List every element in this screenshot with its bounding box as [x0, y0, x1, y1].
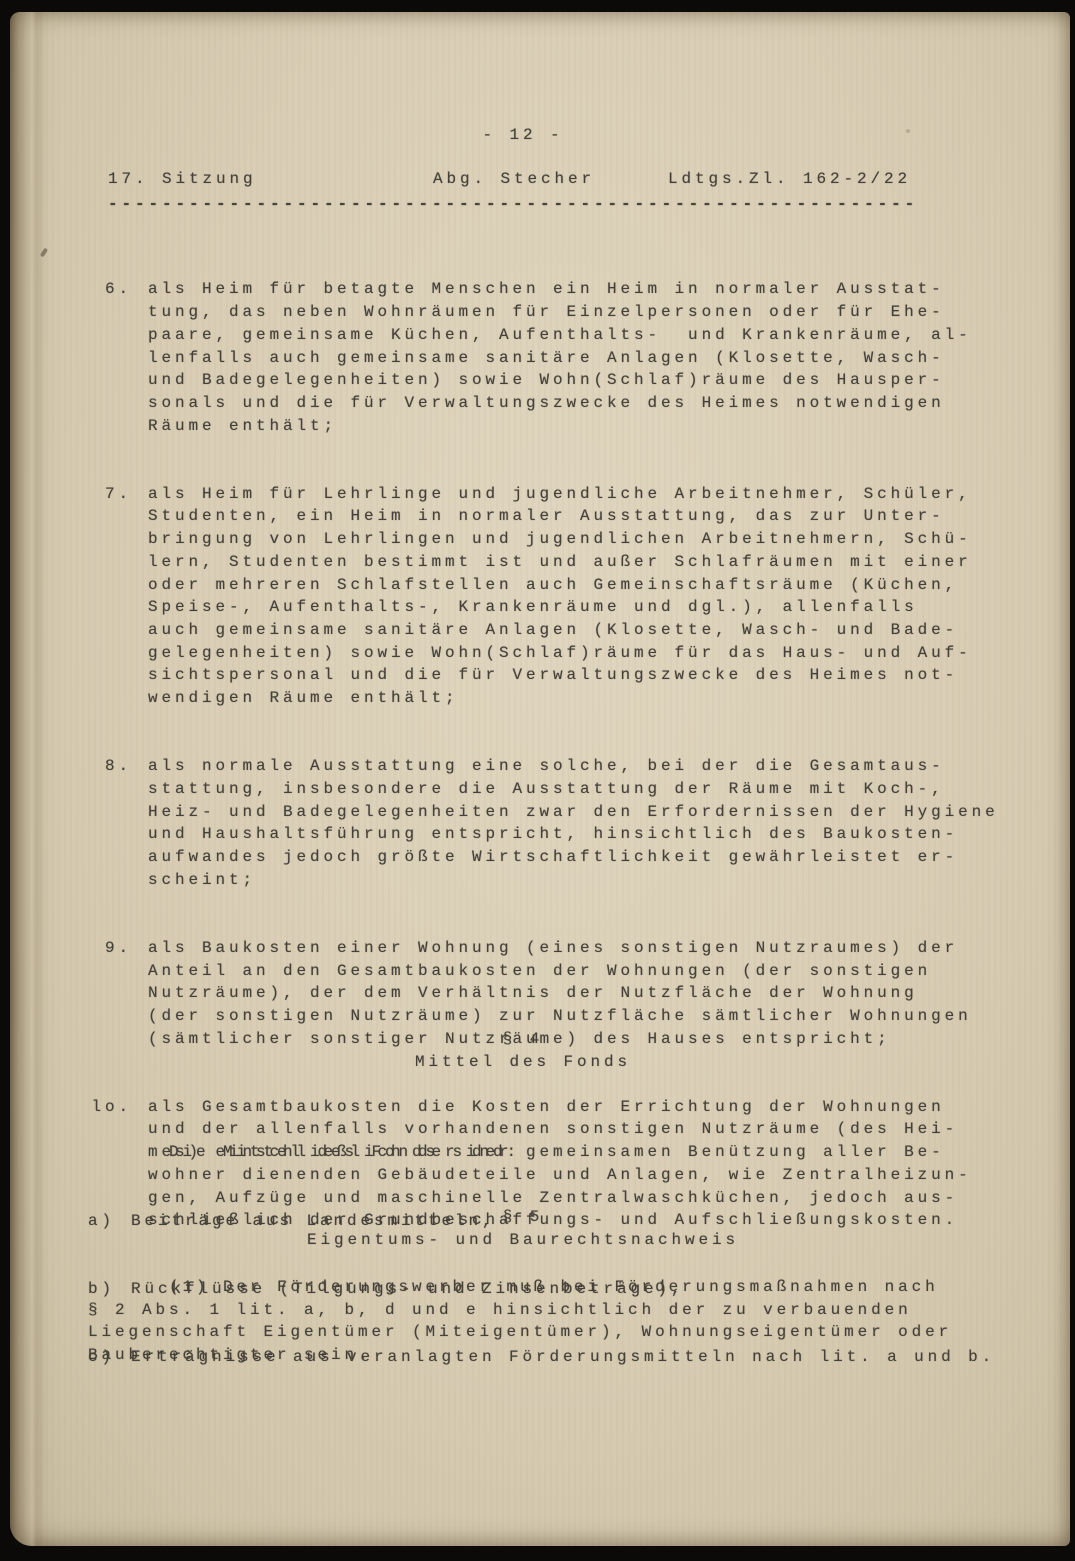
item-number: 6.: [88, 278, 132, 437]
definition-item-8: 8. als normale Ausstattung eine solche, …: [88, 755, 999, 891]
scanned-document-page: - 12 - 17. Sitzung Abg. Stecher Ldtgs.Zl…: [0, 0, 1075, 1561]
section-4-title: Mittel des Fonds: [415, 1053, 631, 1071]
section-5-paragraph: (1) Der Förderungswerber muß bei Förderu…: [88, 1276, 952, 1367]
item-text: als Heim für betagte Menschen ein Heim i…: [148, 278, 972, 437]
definition-item-6: 6. als Heim für betagte Menschen ein Hei…: [88, 278, 999, 437]
speaker-label: Abg. Stecher: [433, 168, 595, 191]
item-text: als Heim für Lehrlinge und jugendliche A…: [148, 483, 972, 710]
section-5-mark: § 5: [503, 1208, 544, 1226]
document-reference: Ldtgs.Zl. 162-2/22: [668, 168, 911, 191]
page-number: - 12 -: [0, 124, 1046, 147]
section-4-mark: § 4: [503, 1030, 544, 1048]
section-4-intro: Die Mittel des Fonds sind:: [88, 1141, 995, 1164]
item-number: 7.: [88, 483, 132, 710]
session-label: 17. Sitzung: [108, 168, 257, 191]
typewritten-content: - 12 - 17. Sitzung Abg. Stecher Ldtgs.Zl…: [0, 0, 1075, 1561]
item-number: 8.: [88, 755, 132, 891]
header-divider: ----------------------------------------…: [108, 193, 918, 216]
item-text: als normale Ausstattung eine solche, bei…: [148, 755, 999, 891]
definition-item-7: 7. als Heim für Lehrlinge und jugendlich…: [88, 483, 999, 710]
section-5-title: Eigentums- und Baurechtsnachweis: [307, 1231, 739, 1249]
section-5-heading: § 5 Eigentums- und Baurechtsnachweis: [0, 1206, 1046, 1251]
section-4-heading: § 4 Mittel des Fonds: [0, 1028, 1046, 1073]
